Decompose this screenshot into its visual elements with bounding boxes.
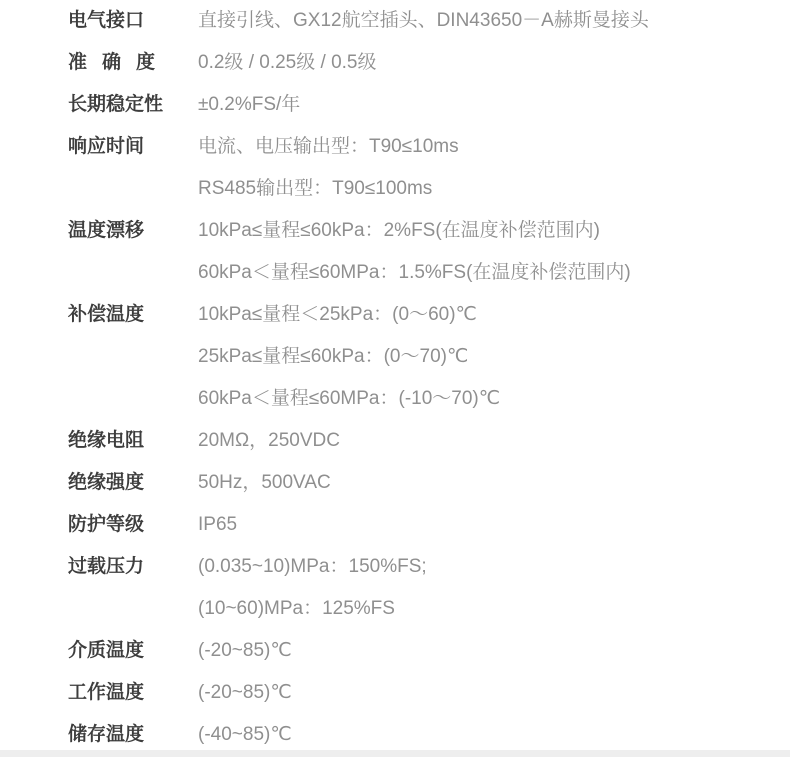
spec-label: 绝缘电阻 <box>68 420 198 462</box>
spec-values: 电流、电压输出型：T90≤10ms RS485输出型：T90≤100ms <box>198 126 778 210</box>
spec-value-line: RS485输出型：T90≤100ms <box>198 168 778 210</box>
spec-values: 直接引线、GX12航空插头、DIN43650－A赫斯曼接头 <box>198 0 778 42</box>
spec-values: (0.035~10)MPa：150%FS; (10~60)MPa：125%FS <box>198 546 778 630</box>
spec-row-response-time: 响应时间 电流、电压输出型：T90≤10ms RS485输出型：T90≤100m… <box>68 126 778 210</box>
spec-row-long-term-stability: 长期稳定性 ±0.2%FS/年 <box>68 84 778 126</box>
spec-value-line: 直接引线、GX12航空插头、DIN43650－A赫斯曼接头 <box>198 0 778 42</box>
spec-values: (-20~85)℃ <box>198 672 778 714</box>
spec-label: 补偿温度 <box>68 294 198 336</box>
spec-value-line: 10kPa≤量程＜25kPa：(0～60)℃ <box>198 294 778 336</box>
spec-value-line: (-20~85)℃ <box>198 630 778 672</box>
spec-row-protection-rating: 防护等级 IP65 <box>68 504 778 546</box>
spec-values: IP65 <box>198 504 778 546</box>
spec-row-compensation-temperature: 补偿温度 10kPa≤量程＜25kPa：(0～60)℃ 25kPa≤量程≤60k… <box>68 294 778 420</box>
spec-label: 长期稳定性 <box>68 84 198 126</box>
spec-label: 防护等级 <box>68 504 198 546</box>
next-section-divider-strip <box>0 750 790 757</box>
spec-values: 10kPa≤量程≤60kPa：2%FS(在温度补偿范围内) 60kPa＜量程≤6… <box>198 210 778 294</box>
spec-table: 电气接口 直接引线、GX12航空插头、DIN43650－A赫斯曼接头 准确度 0… <box>68 0 778 756</box>
spec-value-line: 0.2级 / 0.25级 / 0.5级 <box>198 42 778 84</box>
spec-row-insulation-resistance: 绝缘电阻 20MΩ，250VDC <box>68 420 778 462</box>
spec-label: 过载压力 <box>68 546 198 588</box>
spec-values: ±0.2%FS/年 <box>198 84 778 126</box>
spec-values: 50Hz，500VAC <box>198 462 778 504</box>
spec-row-overload-pressure: 过载压力 (0.035~10)MPa：150%FS; (10~60)MPa：12… <box>68 546 778 630</box>
spec-value-line: 25kPa≤量程≤60kPa：(0～70)℃ <box>198 336 778 378</box>
spec-row-electrical-interface: 电气接口 直接引线、GX12航空插头、DIN43650－A赫斯曼接头 <box>68 0 778 42</box>
spec-value-line: 60kPa＜量程≤60MPa：1.5%FS(在温度补偿范围内) <box>198 252 778 294</box>
spec-label: 绝缘强度 <box>68 462 198 504</box>
spec-value-line: (0.035~10)MPa：150%FS; <box>198 546 778 588</box>
spec-label: 工作温度 <box>68 672 198 714</box>
spec-row-temperature-drift: 温度漂移 10kPa≤量程≤60kPa：2%FS(在温度补偿范围内) 60kPa… <box>68 210 778 294</box>
spec-row-accuracy: 准确度 0.2级 / 0.25级 / 0.5级 <box>68 42 778 84</box>
spec-row-insulation-strength: 绝缘强度 50Hz，500VAC <box>68 462 778 504</box>
spec-value-line: IP65 <box>198 504 778 546</box>
spec-label: 响应时间 <box>68 126 198 168</box>
spec-row-working-temperature: 工作温度 (-20~85)℃ <box>68 672 778 714</box>
spec-value-line: 10kPa≤量程≤60kPa：2%FS(在温度补偿范围内) <box>198 210 778 252</box>
spec-value-line: (10~60)MPa：125%FS <box>198 588 778 630</box>
spec-label: 电气接口 <box>68 0 198 42</box>
spec-values: 10kPa≤量程＜25kPa：(0～60)℃ 25kPa≤量程≤60kPa：(0… <box>198 294 778 420</box>
spec-value-line: 电流、电压输出型：T90≤10ms <box>198 126 778 168</box>
spec-row-media-temperature: 介质温度 (-20~85)℃ <box>68 630 778 672</box>
spec-values: 0.2级 / 0.25级 / 0.5级 <box>198 42 778 84</box>
spec-value-line: (-20~85)℃ <box>198 672 778 714</box>
spec-values: 20MΩ，250VDC <box>198 420 778 462</box>
spec-value-line: ±0.2%FS/年 <box>198 84 778 126</box>
spec-value-line: 60kPa＜量程≤60MPa：(-10～70)℃ <box>198 378 778 420</box>
spec-values: (-20~85)℃ <box>198 630 778 672</box>
spec-label: 准确度 <box>68 42 198 84</box>
spec-label: 温度漂移 <box>68 210 198 252</box>
spec-label: 介质温度 <box>68 630 198 672</box>
spec-value-line: 50Hz，500VAC <box>198 462 778 504</box>
spec-value-line: 20MΩ，250VDC <box>198 420 778 462</box>
